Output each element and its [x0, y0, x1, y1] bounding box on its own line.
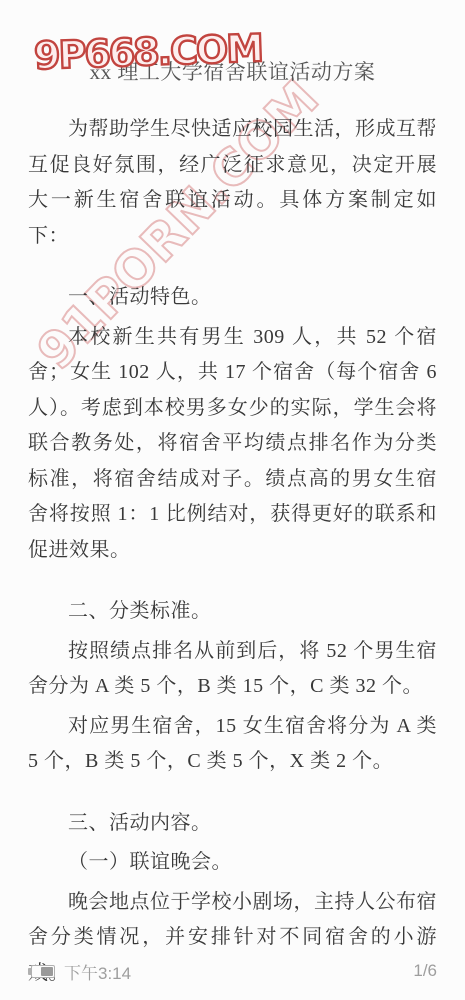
battery-icon [28, 965, 55, 978]
document-page[interactable]: xx 理工大学宿舍联谊活动方案 为帮助学生尽快适应校园生活，形成互帮互促良好氛围… [0, 0, 465, 1000]
paragraph-intro: 为帮助学生尽快适应校园生活，形成互帮互促良好氛围，经广泛征求意见，决定开展大一新… [28, 112, 437, 254]
page-indicator: 1/6 [413, 961, 437, 981]
document-title: xx 理工大学宿舍联谊活动方案 [28, 56, 437, 86]
sub-heading-party: （一）联谊晚会。 [28, 845, 437, 881]
battery-body [31, 965, 55, 978]
section-heading-2: 二、分类标准。 [28, 594, 437, 630]
section-heading-1: 一、活动特色。 [28, 280, 437, 316]
time-label: 下午3:14 [64, 959, 131, 984]
paragraph-female-dorm-classes: 对应男生宿舍，15 女生宿舍将分为 A 类 5 个，B 类 5 个，C 类 5 … [28, 709, 437, 780]
reader-screen: { "watermarks": { "top": "9P668.COM", "d… [0, 0, 465, 1000]
footer-status-group: 下午3:14 [28, 959, 131, 984]
battery-fill [41, 967, 53, 976]
section-heading-3: 三、活动内容。 [28, 806, 437, 842]
paragraph-male-dorm-classes: 按照绩点排名从前到后，将 52 个男生宿舍分为 A 类 5 个，B 类 15 个… [28, 634, 437, 705]
reader-footer: 下午3:14 1/6 [28, 960, 437, 982]
paragraph-activity-features: 本校新生共有男生 309 人，共 52 个宿舍；女生 102 人，共 17 个宿… [28, 320, 437, 569]
